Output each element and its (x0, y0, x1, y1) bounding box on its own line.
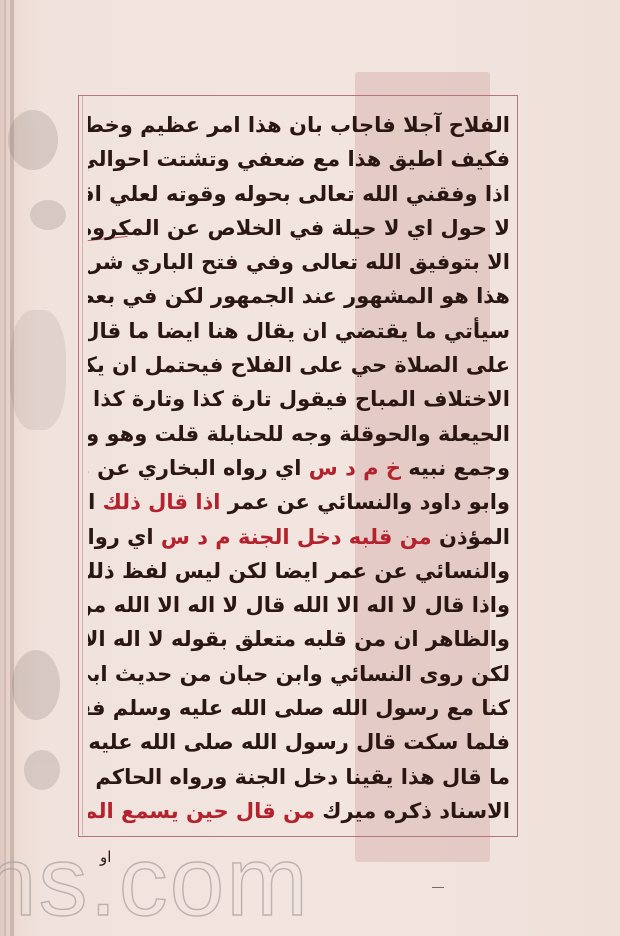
body-text: الاسناد ذكره ميرك (315, 799, 510, 823)
body-text: كنا مع رسول الله صلى الله عليه وسلم فقام… (88, 696, 510, 720)
body-text: لا حول اي لا حيلة في الخلاص عن المكروه و… (88, 216, 510, 240)
body-text: اي رواه مسلم وابو داود (88, 525, 161, 549)
manuscript-line: لا حول اي لا حيلة في الخلاص عن المكروه و… (88, 211, 510, 245)
rubric-text: من قلبه دخل الجنة م د س (161, 525, 432, 549)
manuscript-line: اذا وفقني الله تعالى بحوله وقوته لعلي اق… (88, 177, 510, 211)
rubric-text: من قال حين يسمع المؤذن (88, 799, 315, 823)
rubric-text: اذا قال ذلك (103, 490, 221, 514)
body-text: الحيعلة والحوقلة وجه للحنابلة قلت وهو وج… (88, 422, 510, 446)
manuscript-line: الا بتوفيق الله تعالى وفي فتح الباري شرح… (88, 245, 510, 279)
body-text: والظاهر ان من قلبه متعلق بقوله لا اله ال… (88, 627, 510, 651)
manuscript-line: ما قال هذا يقينا دخل الجنة ورواه الحاكم … (88, 760, 510, 794)
body-text: سيأتي ما يقتضي ان يقال هنا ايضا ما قال ا… (88, 319, 510, 343)
bleed-through-stamp (0, 90, 70, 850)
body-text: هذا هو المشهور عند الجمهور لكن في بعض ال… (88, 284, 510, 308)
manuscript-line: الاسناد ذكره ميرك من قال حين يسمع المؤذن… (88, 794, 510, 828)
body-text: الا بتوفيق الله تعالى وفي فتح الباري شرح… (88, 250, 510, 274)
body-text: ما قال هذا يقينا دخل الجنة ورواه الحاكم … (88, 765, 510, 789)
manuscript-line: هذا هو المشهور عند الجمهور لكن في بعض ال… (88, 279, 510, 313)
manuscript-line: وابو داود والنسائي عن عمر اذا قال ذلك اي… (88, 485, 510, 519)
manuscript-line: لكن روى النسائي وابن حبان من حديث ابي هر… (88, 657, 510, 691)
manuscript-line: فلما سكت قال رسول الله صلى الله عليه وسل… (88, 725, 510, 759)
manuscript-line: واذا قال لا اله الا الله قال لا اله الا … (88, 588, 510, 622)
rubric-text: خ م د س (309, 456, 401, 480)
manuscript-line: الاختلاف المباح فيقول تارة كذا وتارة كذا… (88, 382, 510, 416)
manuscript-line: والنسائي عن عمر ايضا لكن ليس لفظ ذلك في … (88, 554, 510, 588)
body-text: فكيف اطيق هذا مع ضعفي وتشتت احوالي ولكني… (88, 147, 510, 171)
body-text: وابو داود والنسائي عن عمر (221, 490, 511, 514)
body-text: فلما سكت قال رسول الله صلى الله عليه وسل… (88, 730, 510, 754)
body-text: المؤذن (432, 525, 510, 549)
manuscript-line: الفلاح آجلا فاجاب بان هذا امر عظيم وخطب … (88, 108, 510, 142)
manuscript-page: الفلاح آجلا فاجاب بان هذا امر عظيم وخطب … (0, 0, 620, 936)
manuscript-line: والظاهر ان من قلبه متعلق بقوله لا اله ال… (88, 622, 510, 656)
body-text: واذا قال لا اله الا الله قال لا اله الا … (88, 593, 510, 617)
body-text: اي رواه البخاري عن معاوية ومسلم (88, 456, 309, 480)
text-frame-inner-rule (82, 95, 83, 835)
body-text: على الصلاة حي على الفلاح فيحتمل ان يكون … (88, 353, 510, 377)
body-text: اذا وفقني الله تعالى بحوله وقوته لعلي اق… (88, 182, 510, 206)
manuscript-line: على الصلاة حي على الفلاح فيحتمل ان يكون … (88, 348, 510, 382)
manuscript-line: الحيعلة والحوقلة وجه للحنابلة قلت وهو وج… (88, 417, 510, 451)
manuscript-line: فكيف اطيق هذا مع ضعفي وتشتت احوالي ولكني… (88, 142, 510, 176)
stray-mark (432, 887, 444, 888)
manuscript-text-block: الفلاح آجلا فاجاب بان هذا امر عظيم وخطب … (88, 108, 510, 828)
watermark-text: ns.com (0, 832, 310, 930)
body-text: الفلاح آجلا فاجاب بان هذا امر عظيم وخطب … (88, 113, 510, 137)
manuscript-line: المؤذن من قلبه دخل الجنة م د س اي رواه م… (88, 520, 510, 554)
body-text: لكن روى النسائي وابن حبان من حديث ابي هر… (88, 662, 510, 686)
manuscript-line: وجمع نبيه خ م د س اي رواه البخاري عن معا… (88, 451, 510, 485)
manuscript-line: سيأتي ما يقتضي ان يقال هنا ايضا ما قال ا… (88, 314, 510, 348)
body-text: وجمع نبيه (401, 456, 510, 480)
body-text: اي مثل مقاله (88, 490, 103, 514)
body-text: الاختلاف المباح فيقول تارة كذا وتارة كذا… (88, 387, 510, 411)
manuscript-line: كنا مع رسول الله صلى الله عليه وسلم فقام… (88, 691, 510, 725)
body-text: والنسائي عن عمر ايضا لكن ليس لفظ ذلك في … (88, 559, 510, 583)
